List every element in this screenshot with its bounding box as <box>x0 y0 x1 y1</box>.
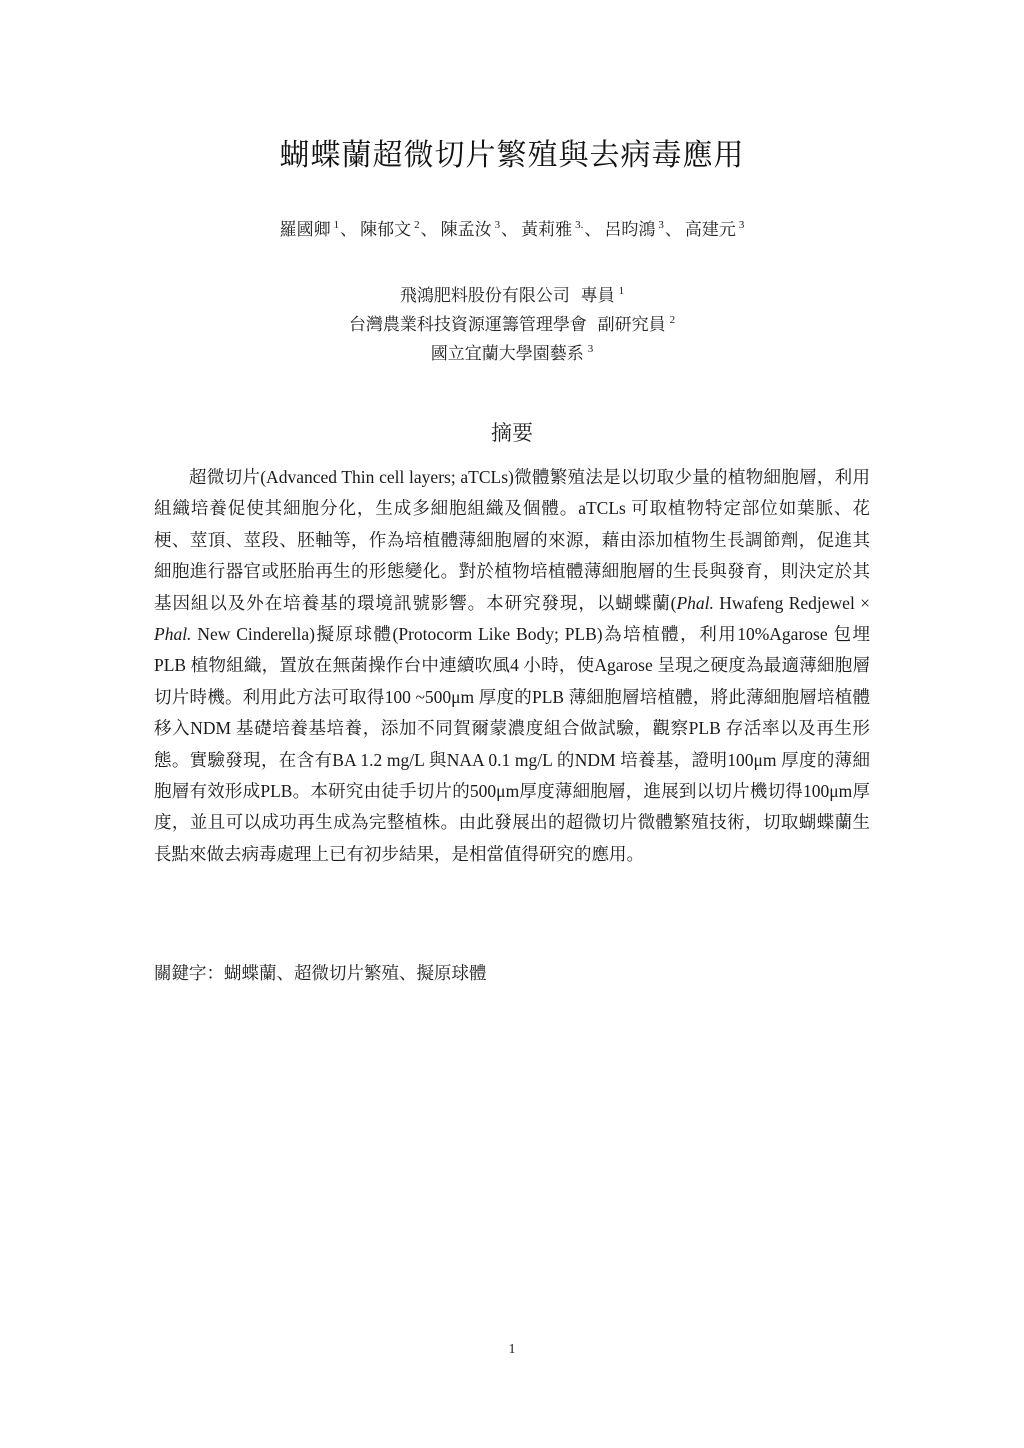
affiliation-mark: 2 <box>414 219 420 231</box>
author: 羅國卿1 <box>280 220 340 240</box>
keywords: 關鍵字：蝴蝶蘭、超微切片繁殖、擬原球體 <box>154 960 870 988</box>
author-separator: 、 <box>340 220 357 240</box>
affiliation-mark: 3 <box>588 343 594 355</box>
affiliation-mark: 1 <box>334 219 340 231</box>
author: 陳郁文2 <box>360 220 420 240</box>
paper-title: 蝴蝶蘭超微切片繁殖與去病毒應用 <box>0 134 1024 178</box>
author: 呂昀鴻3 <box>604 220 664 240</box>
affiliation: 台灣農業科技資源運籌管理學會 副研究員2 <box>0 311 1024 340</box>
affiliation-list: 飛鴻肥料股份有限公司 專員1 台灣農業科技資源運籌管理學會 副研究員2 國立宜蘭… <box>0 282 1024 369</box>
abstract-heading: 摘要 <box>0 418 1024 448</box>
author-separator: 、 <box>665 220 682 240</box>
author-separator: 、 <box>421 220 438 240</box>
affiliation-mark: 1 <box>619 285 625 297</box>
affiliation-mark: 3 <box>739 219 745 231</box>
author-list: 羅國卿1、陳郁文2、陳孟汝3、黃莉雅3.、呂昀鴻3、高建元3 <box>0 217 1024 243</box>
author: 黃莉雅3. <box>521 220 583 240</box>
affiliation-mark: 3 <box>658 219 664 231</box>
author: 高建元3 <box>685 220 745 240</box>
affiliation-mark: 3 <box>495 219 501 231</box>
affiliation-mark: 3. <box>575 219 583 231</box>
author-separator: 、 <box>584 220 601 240</box>
genus-abbrev: Phal. <box>154 624 191 644</box>
author-separator: 、 <box>501 220 518 240</box>
genus-abbrev: Phal. <box>676 593 713 613</box>
affiliation: 國立宜蘭大學園藝系3 <box>0 340 1024 369</box>
affiliation-mark: 2 <box>670 314 676 326</box>
affiliation: 飛鴻肥料股份有限公司 專員1 <box>0 282 1024 311</box>
author: 陳孟汝3 <box>441 220 501 240</box>
document-page: 蝴蝶蘭超微切片繁殖與去病毒應用 羅國卿1、陳郁文2、陳孟汝3、黃莉雅3.、呂昀鴻… <box>0 0 1024 1448</box>
page-number: 1 <box>0 1340 1024 1360</box>
abstract-paragraph: 超微切片(Advanced Thin cell layers; aTCLs)微體… <box>154 462 870 870</box>
